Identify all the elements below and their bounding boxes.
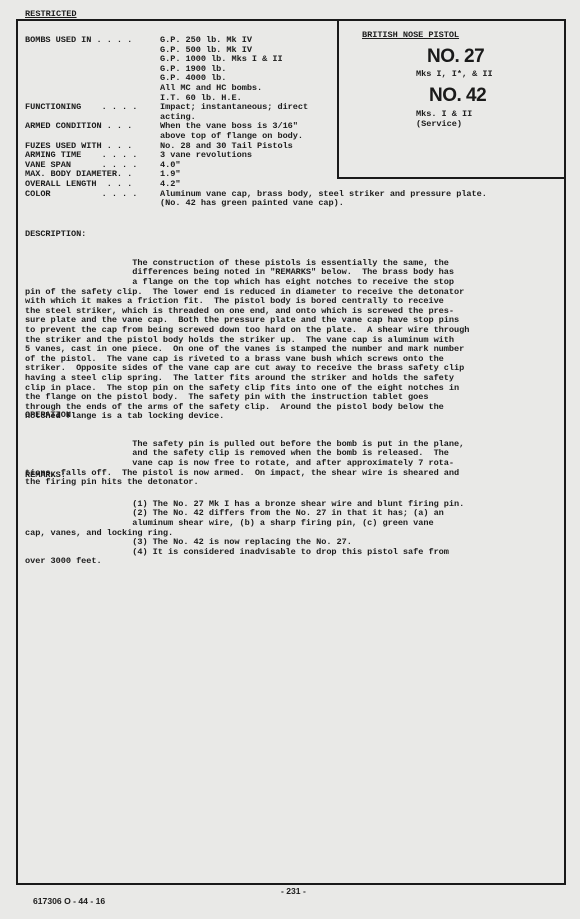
spec-label: FUNCTIONING . . . . bbox=[25, 103, 160, 113]
spec-label bbox=[25, 65, 160, 75]
spec-label bbox=[25, 55, 160, 65]
spec-label bbox=[25, 84, 160, 94]
description-text: The construction of these pistols is ess… bbox=[25, 259, 469, 422]
description-label: DESCRIPTION: bbox=[25, 230, 86, 240]
spec-row: G.P. 1000 lb. Mks I & II bbox=[25, 55, 487, 65]
classification-marking: RESTRICTED bbox=[25, 9, 77, 19]
remarks-label: REMARKS: bbox=[25, 471, 66, 481]
spec-row: (No. 42 has green painted vane cap). bbox=[25, 199, 487, 209]
spec-row: FUNCTIONING . . . .Impact; instantaneous… bbox=[25, 103, 487, 113]
spec-row: All MC and HC bombs. bbox=[25, 84, 487, 94]
specifications-list: BOMBS USED IN . . . .G.P. 250 lb. Mk IVG… bbox=[25, 36, 487, 209]
text-line: over 3000 feet. bbox=[25, 557, 464, 567]
spec-row: G.P. 1900 lb. bbox=[25, 65, 487, 75]
spec-value: (No. 42 has green painted vane cap). bbox=[160, 199, 344, 209]
spec-label bbox=[25, 199, 160, 209]
spec-row: BOMBS USED IN . . . .G.P. 250 lb. Mk IV bbox=[25, 36, 487, 46]
spec-label: BOMBS USED IN . . . . bbox=[25, 36, 160, 46]
print-code: 617306 O - 44 - 16 bbox=[33, 896, 105, 906]
remarks-text: (1) The No. 27 Mk I has a bronze shear w… bbox=[25, 500, 464, 567]
description-section: DESCRIPTION: The construction of these p… bbox=[25, 230, 469, 431]
operation-label: OPERATION: bbox=[25, 411, 76, 421]
page-number: - 231 - bbox=[281, 886, 306, 896]
spec-label: COLOR . . . . bbox=[25, 190, 160, 200]
spec-label bbox=[25, 74, 160, 84]
spec-label bbox=[25, 46, 160, 56]
remarks-section: REMARKS: (1) The No. 27 Mk I has a bronz… bbox=[25, 471, 464, 577]
spec-label: ARMED CONDITION . . . bbox=[25, 122, 160, 132]
